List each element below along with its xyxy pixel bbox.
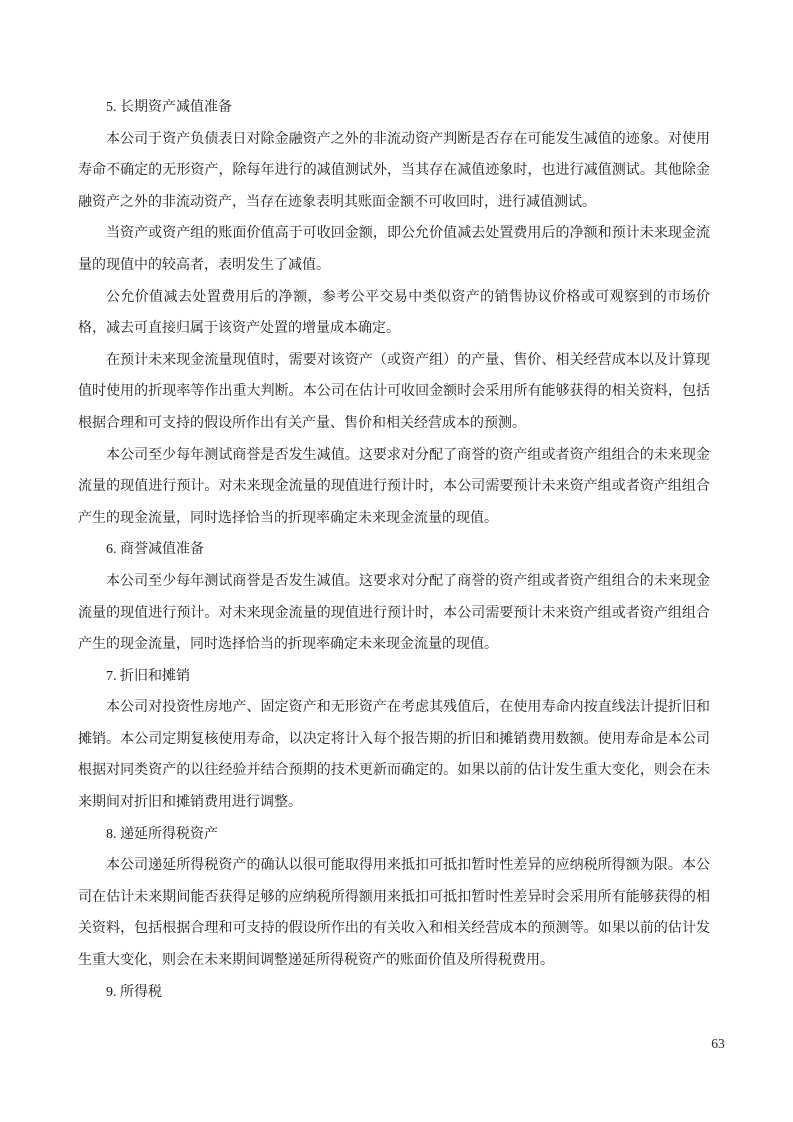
document-page: 5. 长期资产减值准备 本公司于资产负债表日对除金融资产之外的非流动资产判断是否… (0, 0, 793, 1122)
paragraph: 本公司递延所得税资产的确认以很可能取得用来抵扣可抵扣暂时性差异的应纳税所得额为限… (78, 850, 710, 976)
paragraph: 本公司至少每年测试商誉是否发生减值。这要求对分配了商誉的资产组或者资产组组合的未… (78, 440, 710, 535)
section-heading-7: 7. 折旧和摊销 (78, 661, 710, 693)
paragraph: 本公司于资产负债表日对除金融资产之外的非流动资产判断是否存在可能发生减值的迹象。… (78, 124, 710, 219)
section-heading-8: 8. 递延所得税资产 (78, 819, 710, 851)
paragraph: 当资产或资产组的账面价值高于可收回金额，即公允价值减去处置费用后的净额和预计未来… (78, 218, 710, 281)
paragraph: 在预计未来现金流量现值时，需要对该资产（或资产组）的产量、售价、相关经营成本以及… (78, 345, 710, 440)
section-heading-6: 6. 商誉减值准备 (78, 534, 710, 566)
document-content: 5. 长期资产减值准备 本公司于资产负债表日对除金融资产之外的非流动资产判断是否… (78, 92, 710, 1008)
paragraph: 本公司至少每年测试商誉是否发生减值。这要求对分配了商誉的资产组或者资产组组合的未… (78, 566, 710, 661)
paragraph: 公允价值减去处置费用后的净额，参考公平交易中类似资产的销售协议价格或可观察到的市… (78, 282, 710, 345)
page-number: 63 (700, 1034, 736, 1054)
section-heading-9: 9. 所得税 (78, 977, 710, 1009)
section-heading-5: 5. 长期资产减值准备 (78, 92, 710, 124)
paragraph: 本公司对投资性房地产、固定资产和无形资产在考虑其残值后，在使用寿命内按直线法计提… (78, 692, 710, 818)
